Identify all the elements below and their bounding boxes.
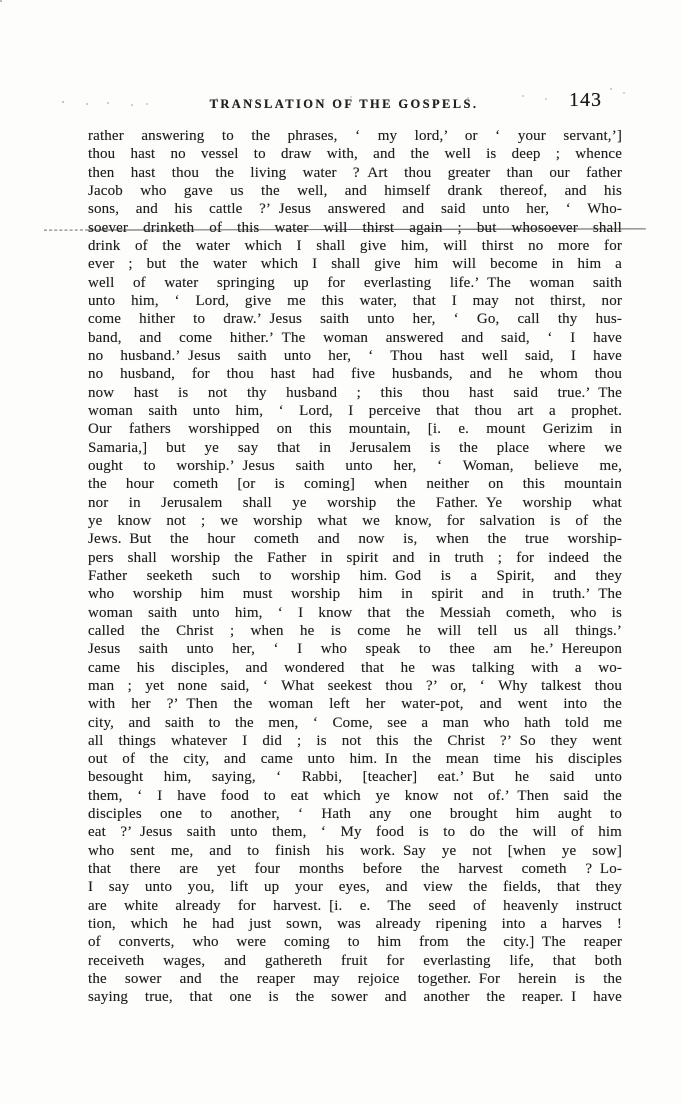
running-head: TRANSLATION OF THE GOSPELS. 143 bbox=[0, 94, 682, 116]
book-page: TRANSLATION OF THE GOSPELS. 143 rather a… bbox=[0, 0, 682, 1105]
text-line: who sent me, and to finish his work. Say… bbox=[88, 842, 622, 860]
text-line: disciples one to another, ‘ Hath any one… bbox=[88, 805, 622, 823]
scan-speckles bbox=[0, 0, 1, 1]
text-line: nor in Jerusalem shall ye worship the Fa… bbox=[88, 494, 622, 512]
text-line: Our fathers worshipped on this mountain,… bbox=[88, 420, 622, 438]
text-line: ever ; but the water which I shall give … bbox=[88, 255, 622, 273]
page-number: 143 bbox=[569, 89, 602, 112]
text-line: Jesus saith unto her, ‘ I who speak to t… bbox=[88, 640, 622, 658]
scan-line-dashes bbox=[44, 230, 88, 231]
text-line: all things whatever I did ; is not this … bbox=[88, 732, 622, 750]
text-line: came his disciples, and wondered that he… bbox=[88, 659, 622, 677]
text-line: the hour cometh [or is coming] when neit… bbox=[88, 475, 622, 493]
text-line: are white already for harvest. [i. e. Th… bbox=[88, 897, 622, 915]
text-line: Jews. But the hour cometh and now is, wh… bbox=[88, 530, 622, 548]
text-line: who worship him must worship him in spir… bbox=[88, 585, 622, 603]
text-line: drink of the water which I shall give hi… bbox=[88, 237, 622, 255]
text-line: saying true, that one is the sower and a… bbox=[88, 988, 622, 1006]
text-line: city, and saith to the men, ‘ Come, see … bbox=[88, 714, 622, 732]
body-text: rather answering to the phrases, ‘ my lo… bbox=[88, 127, 622, 1007]
text-line: called the Christ ; when he is come he w… bbox=[88, 622, 622, 640]
text-line: man ; yet none said, ‘ What seekest thou… bbox=[88, 677, 622, 695]
text-line: then hast thou the living water ? Art th… bbox=[88, 164, 622, 182]
text-line: the sower and the reaper may rejoice tog… bbox=[88, 970, 622, 988]
text-line: with her ?’ Then the woman left her wate… bbox=[88, 695, 622, 713]
text-line: ought to worship.’ Jesus saith unto her,… bbox=[88, 457, 622, 475]
text-line: sons, and his cattle ?’ Jesus answered a… bbox=[88, 200, 622, 218]
text-line: woman saith unto him, ‘ I know that the … bbox=[88, 604, 622, 622]
text-line: now hast is not thy husband ; this thou … bbox=[88, 384, 622, 402]
page-header-title: TRANSLATION OF THE GOSPELS. bbox=[188, 97, 500, 112]
text-line: woman saith unto him, ‘ Lord, I perceive… bbox=[88, 402, 622, 420]
text-line: come hither to draw.’ Jesus saith unto h… bbox=[88, 310, 622, 328]
text-line: eat ?’ Jesus saith unto them, ‘ My food … bbox=[88, 823, 622, 841]
text-line: well of water springing up for everlasti… bbox=[88, 274, 622, 292]
text-line: unto him, ‘ Lord, give me this water, th… bbox=[88, 292, 622, 310]
text-line: pers shall worship the Father in spirit … bbox=[88, 549, 622, 567]
text-line: that there are yet four months before th… bbox=[88, 860, 622, 878]
text-line: Jacob who gave us the well, and himself … bbox=[88, 182, 622, 200]
text-line: tion, which he had just sown, was alread… bbox=[88, 915, 622, 933]
text-line: no husband, for thou hast had five husba… bbox=[88, 365, 622, 383]
text-line: rather answering to the phrases, ‘ my lo… bbox=[88, 127, 622, 145]
text-line: receiveth wages, and gathereth fruit for… bbox=[88, 952, 622, 970]
text-line: besought him, saying, ‘ Rabbi, [teacher]… bbox=[88, 768, 622, 786]
text-line: Samaria,] but ye say that in Jerusalem i… bbox=[88, 439, 622, 457]
text-line: out of the city, and came unto him. In t… bbox=[88, 750, 622, 768]
text-line: I say unto you, lift up your eyes, and v… bbox=[88, 878, 622, 896]
text-line: them, ‘ I have food to eat which ye know… bbox=[88, 787, 622, 805]
text-line: ye know not ; we worship what we know, f… bbox=[88, 512, 622, 530]
text-line: thou hast no vessel to draw with, and th… bbox=[88, 145, 622, 163]
text-line: Father seeketh such to worship him. God … bbox=[88, 567, 622, 585]
text-line: of converts, who were coming to him from… bbox=[88, 933, 622, 951]
text-line: no husband.’ Jesus saith unto her, ‘ Tho… bbox=[88, 347, 622, 365]
text-line: band, and come hither.’ The woman answer… bbox=[88, 329, 622, 347]
scan-line-rule bbox=[88, 228, 646, 230]
